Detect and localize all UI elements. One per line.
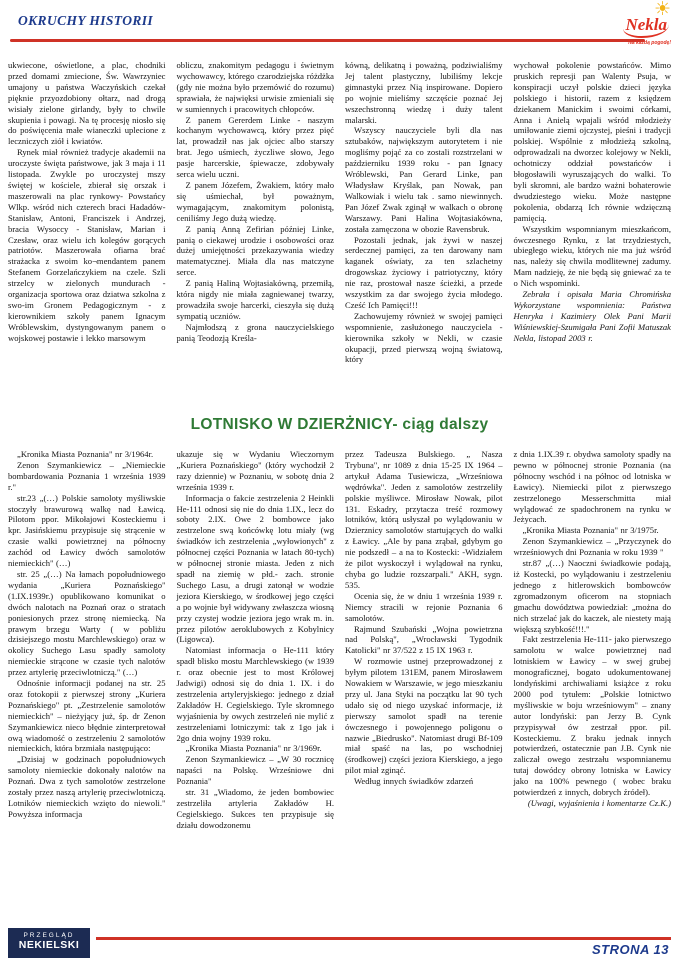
paragraph: ukwiecone, oświetlone, a plac, chodniki …: [8, 60, 166, 147]
article-lotnisko-columns: „Kronika Miasta Poznania" nr 3/1964r.Zen…: [8, 449, 671, 927]
paragraph: Wszyscy nauczyciele byli dla nas sztubak…: [345, 125, 503, 234]
paragraph: wychował pokolenie powstańców. Mimo prus…: [514, 60, 672, 224]
text-column: ukwiecone, oświetlone, a plac, chodniki …: [8, 60, 166, 406]
paragraph: Z panem Józefem, Żwakiem, który mało się…: [177, 180, 335, 224]
paragraph: kówną, delikatną i poważną, podziwialiśm…: [345, 60, 503, 125]
newspaper-page: OKRUCHY HISTORII ☀ Nekla Na każdą pogodę…: [0, 0, 679, 960]
paragraph: Informacja o fakcie zestrzelenia 2 Heink…: [177, 493, 335, 646]
paragraph: Najmłodszą z grona nauczycielskiego pani…: [177, 322, 335, 344]
paragraph: „Kronika Miasta Poznania" nr 3/1969r.: [177, 743, 335, 754]
paragraph: Odnośnie informacji podanej na str. 25 o…: [8, 678, 166, 754]
text-column: wychował pokolenie powstańców. Mimo prus…: [514, 60, 672, 406]
paragraph: przez Tadeusza Bulskiego. „ Nasza Trybun…: [345, 449, 503, 591]
logo-tagline: Na każdą pogodę!: [628, 40, 671, 46]
paragraph: Z panią Haliną Wojtasiakówną, przemiłą, …: [177, 278, 335, 322]
paragraph: z dnia 1.IX.39 r. obydwa samoloty spadły…: [514, 449, 672, 525]
paragraph: Pozostali jednak, jak żywi w naszej serd…: [345, 235, 503, 311]
paragraph: Według innych świadków zdarzeń: [345, 776, 503, 787]
paragraph: obliczu, znakomitym pedagogu i świetnym …: [177, 60, 335, 115]
footer-brand-box: PRZEGLĄD NEKIELSKI: [8, 928, 90, 958]
paragraph: „Dzisiaj w godzinach popołudniowych samo…: [8, 754, 166, 819]
paragraph: Ocenia się, że w dniu 1 września 1939 r.…: [345, 591, 503, 624]
footer-rule: [96, 937, 671, 940]
header-rule: [10, 39, 645, 42]
paragraph: „Kronika Miasta Poznania" nr 3/1964r.: [8, 449, 166, 460]
paragraph: (Uwagi, wyjaśnienia i komentarze Cz.K.): [514, 798, 672, 809]
text-column: z dnia 1.IX.39 r. obydwa samoloty spadły…: [514, 449, 672, 927]
paragraph: Zenon Szymankiewicz – „Niemieckie bombar…: [8, 460, 166, 493]
nekla-logo: ☀ Nekla Na każdą pogodę!: [609, 2, 675, 54]
paragraph: Zebrała i opisała Maria Chromińska Wykor…: [514, 289, 672, 344]
article-okruchy-columns: ukwiecone, oświetlone, a plac, chodniki …: [8, 60, 671, 406]
paragraph: str.87 „(…) Naoczni świadkowie podają, i…: [514, 558, 672, 634]
footer-brand-line2: NEKIELSKI: [8, 939, 90, 951]
paragraph: Rajmund Szubański „Wojna powietrzna nad …: [345, 624, 503, 657]
text-column: „Kronika Miasta Poznania" nr 3/1964r.Zen…: [8, 449, 166, 927]
footer-brand-line1: PRZEGLĄD: [8, 932, 90, 939]
text-column: przez Tadeusza Bulskiego. „ Nasza Trybun…: [345, 449, 503, 927]
paragraph: W rozmowie ustnej przeprowadzonej z były…: [345, 656, 503, 776]
text-column: ukazuje się w Wydaniu Wieczornym „Kurier…: [177, 449, 335, 927]
article-headline: LOTNISKO W DZIERŻNICY- ciąg dalszy: [0, 416, 679, 434]
text-column: kówną, delikatną i poważną, podziwialiśm…: [345, 60, 503, 406]
paragraph: str.23 „(…) Polskie samoloty myśliwskie …: [8, 493, 166, 569]
paragraph: str. 25 „(…) Na łamach popołudniowego wy…: [8, 569, 166, 678]
paragraph: Z panem Gererdem Linke - naszym kochanym…: [177, 115, 335, 180]
paragraph: Zachowujemy również w swojej pamięci wsp…: [345, 311, 503, 366]
paragraph: Natomiast informacja o He-111 który spad…: [177, 645, 335, 743]
paragraph: Z panią Anną Zefirian później Linke, pan…: [177, 224, 335, 279]
paragraph: „Kronika Miasta Poznania" nr 3/1975r.: [514, 525, 672, 536]
paragraph: Fakt zestrzelenia He-111- jako pierwszeg…: [514, 634, 672, 798]
page-number-label: STRONA 13: [592, 942, 669, 957]
paragraph: ukazuje się w Wydaniu Wieczornym „Kurier…: [177, 449, 335, 493]
section-title: OKRUCHY HISTORII: [18, 13, 153, 29]
paragraph: Rynek miał również tradycje akademii na …: [8, 147, 166, 343]
paragraph: Zenon Szymankiewicz – „Przyczynek do wrz…: [514, 536, 672, 558]
paragraph: Wszystkim wspomnianym mieszkańcom, ówcze…: [514, 224, 672, 289]
logo-wordmark: Nekla: [623, 15, 669, 38]
paragraph: str. 31 „Wiadomo, że jeden bombowiec zes…: [177, 787, 335, 831]
paragraph: Zenon Szymankiewicz – „W 30 rocznicę nap…: [177, 754, 335, 787]
text-column: obliczu, znakomitym pedagogu i świetnym …: [177, 60, 335, 406]
